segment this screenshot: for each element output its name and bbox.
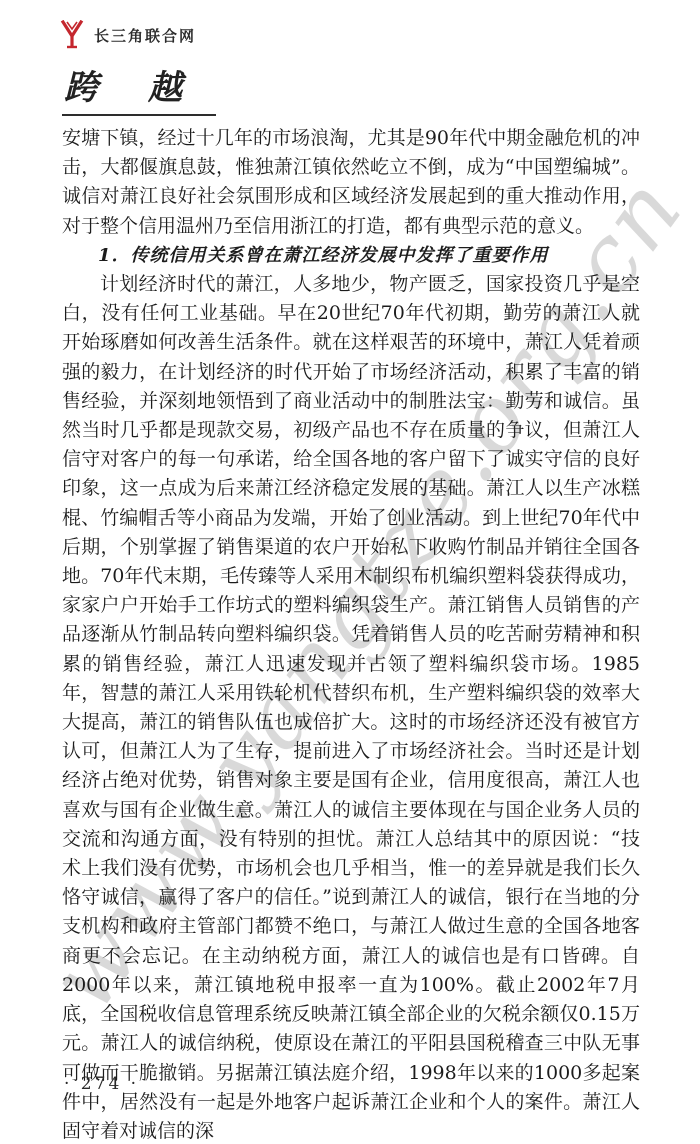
document-page: www.yangtze.org.cn 长三角联合网 跨 越 安塘下镇，经过十几年… — [0, 0, 700, 1144]
site-name: 长三角联合网 — [94, 25, 196, 46]
chapter-title: 跨 越 — [62, 70, 216, 116]
section-heading: 1．传统信用关系曾在萧江经济发展中发挥了重要作用 — [62, 241, 640, 270]
page-number: · 274 · — [64, 1074, 139, 1094]
paragraph-continuation: 安塘下镇，经过十几年的市场浪淘，尤其是90年代中期金融危机的冲击，大都偃旗息鼓，… — [62, 124, 640, 241]
paragraph-main: 计划经济时代的萧江，人多地少，物产匮乏，国家投资几乎是空白，没有任何工业基础。早… — [62, 270, 640, 1144]
body-text: 安塘下镇，经过十几年的市场浪淘，尤其是90年代中期金融危机的冲击，大都偃旗息鼓，… — [62, 124, 640, 1144]
site-logo-icon — [60, 20, 84, 50]
masthead: 长三角联合网 — [60, 20, 196, 50]
